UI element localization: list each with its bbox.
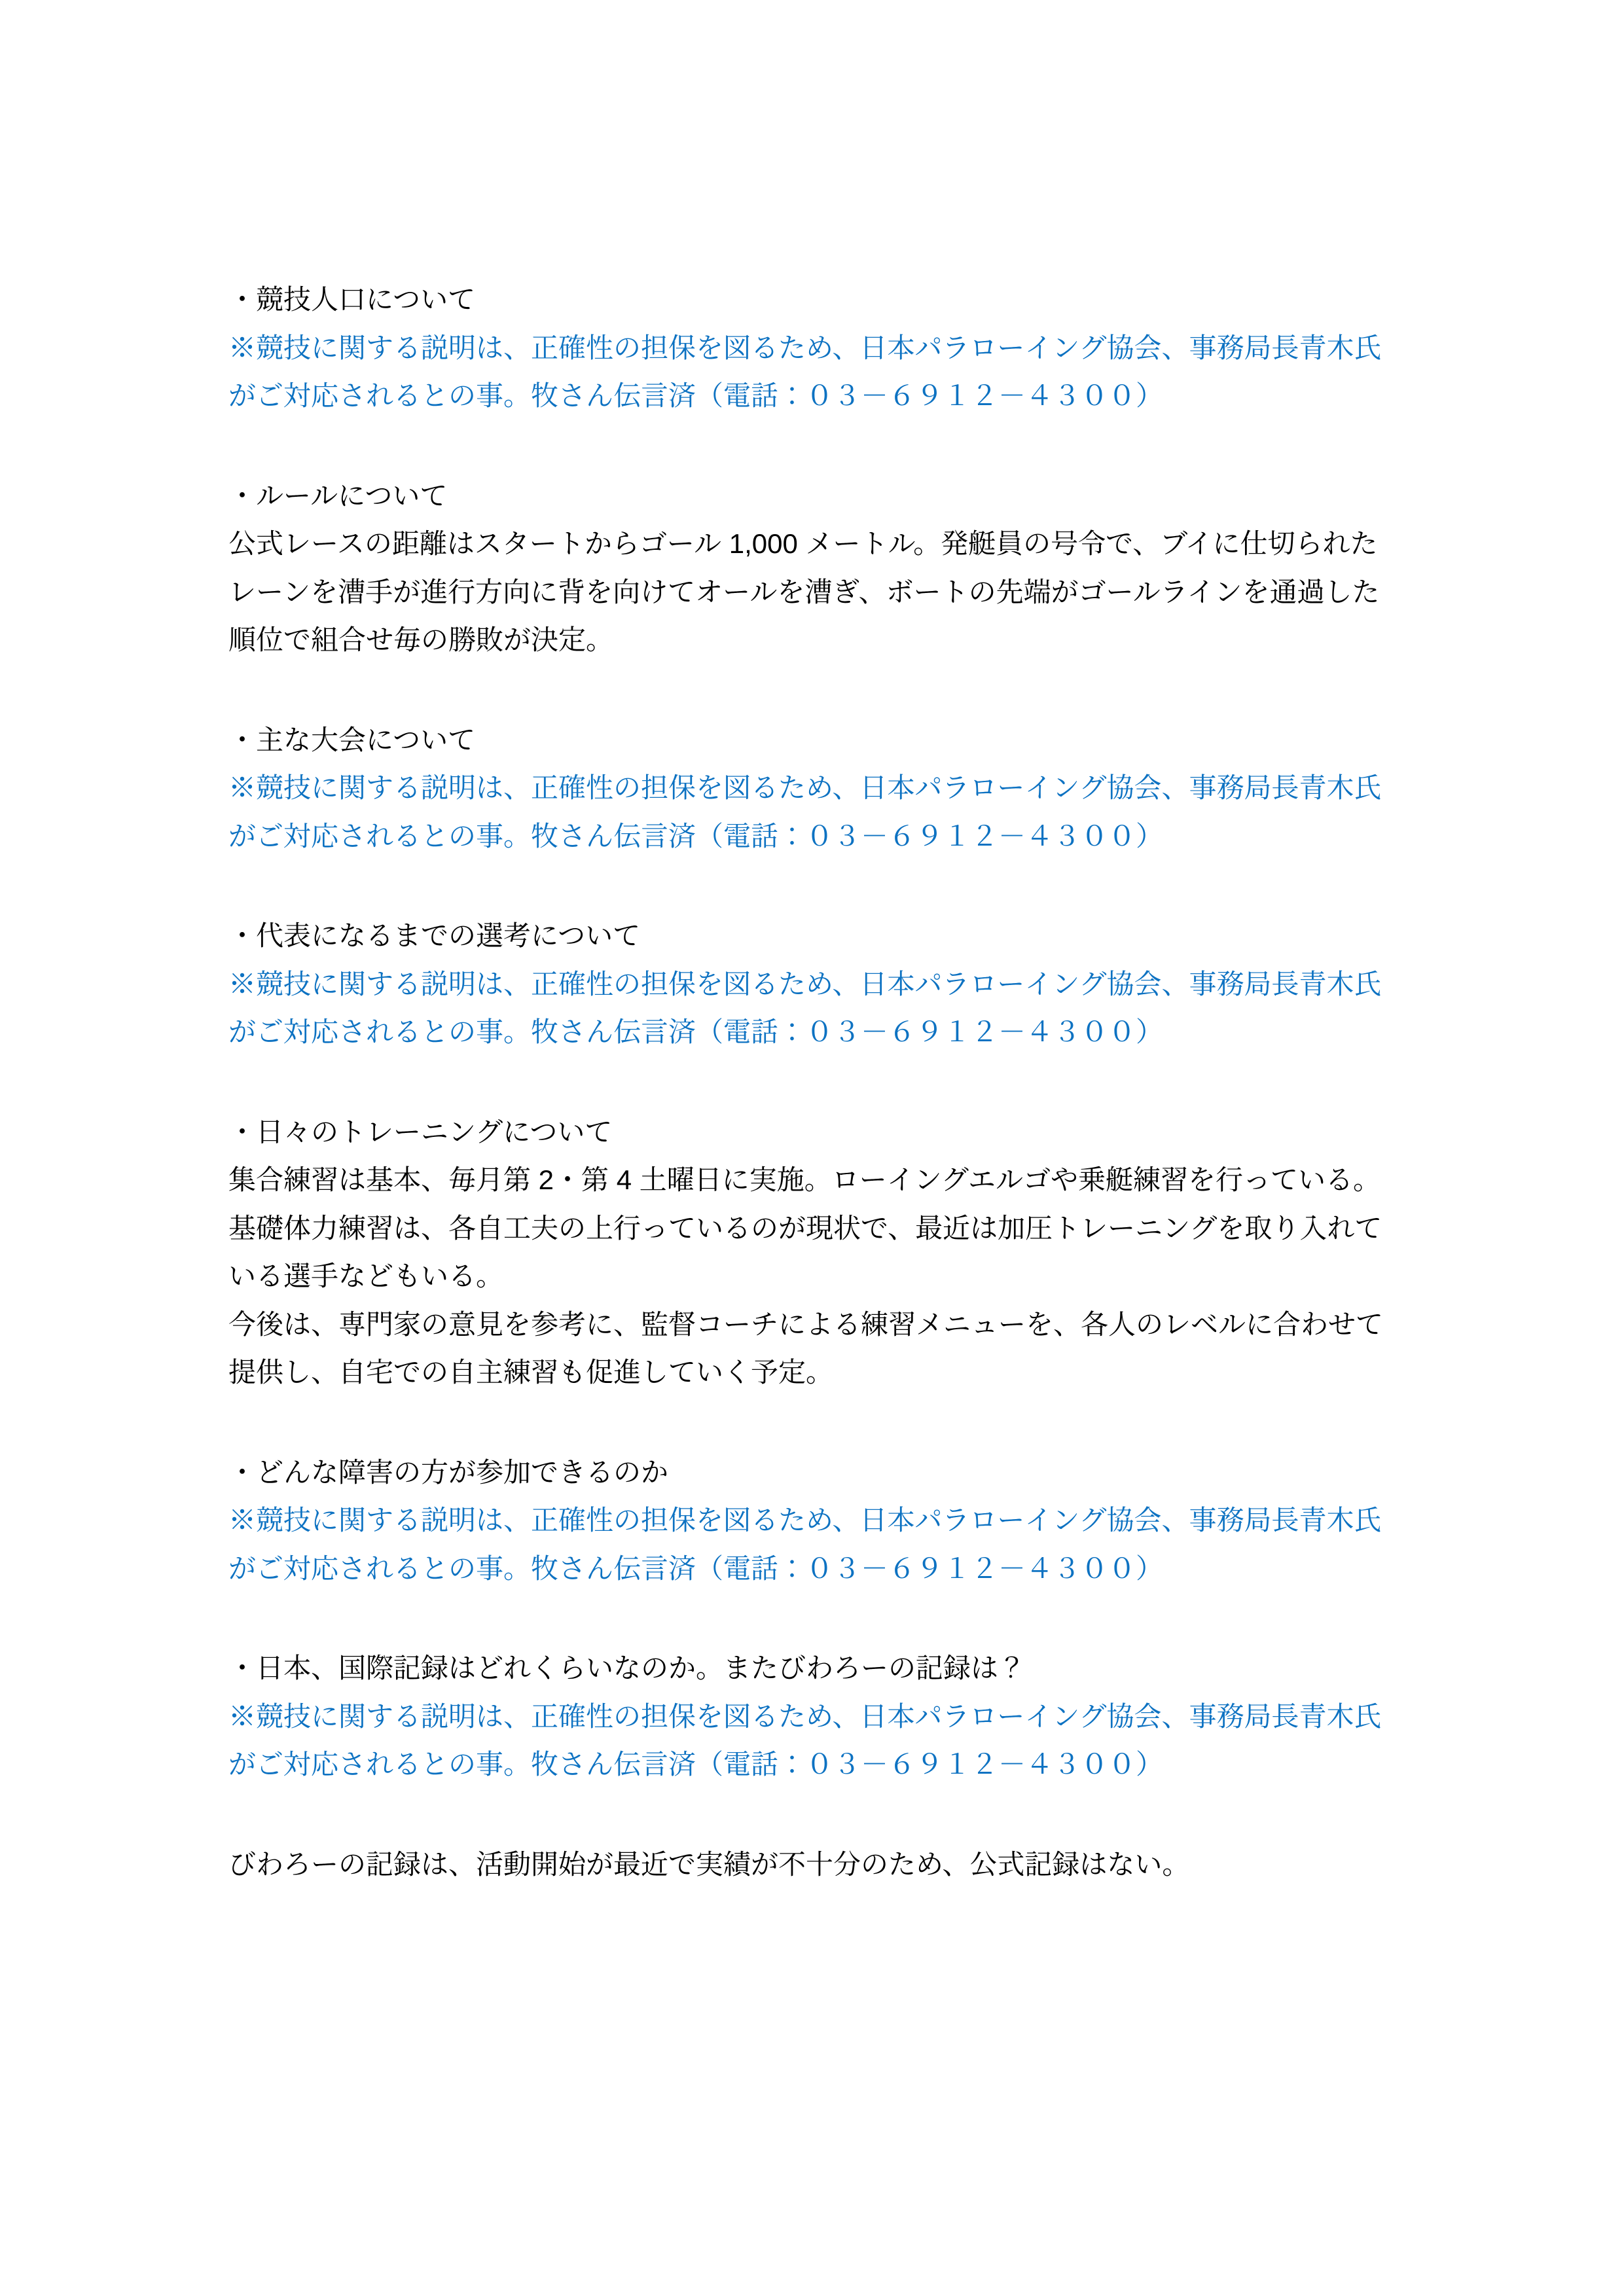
note-line: ※競技に関する説明は、正確性の担保を図るため、日本パラローイング協会、事務局長青…: [228, 324, 1407, 372]
note-line-phone: がご対応されるとの事。牧さん伝言済（電話：０３－６９１２－４３００）: [228, 1545, 1407, 1593]
section-heading: ・競技人口について: [228, 276, 1407, 324]
section-records: ・日本、国際記録はどれくらいなのか。またびわろーの記録は？ ※競技に関する説明は…: [228, 1644, 1407, 1789]
note-line-phone: がご対応されるとの事。牧さん伝言済（電話：０３－６９１２－４３００）: [228, 812, 1407, 861]
closing-paragraph: びわろーの記録は、活動開始が最近で実績が不十分のため、公式記録はない。: [228, 1840, 1407, 1889]
body-line: 基礎体力練習は、各自工夫の上行っているのが現状で、最近は加圧トレーニングを取り入…: [228, 1204, 1407, 1253]
note-line-phone: がご対応されるとの事。牧さん伝言済（電話：０３－６９１２－４３００）: [228, 1008, 1407, 1056]
section-national-team-selection: ・代表になるまでの選考について ※競技に関する説明は、正確性の担保を図るため、日…: [228, 912, 1407, 1056]
body-line: 公式レースの距離はスタートからゴール 1,000 メートル。発艇員の号令で、ブイ…: [228, 520, 1407, 568]
section-heading: ・どんな障害の方が参加できるのか: [228, 1448, 1407, 1497]
section-rules: ・ルールについて 公式レースの距離はスタートからゴール 1,000 メートル。発…: [228, 472, 1407, 664]
note-line-phone: がご対応されるとの事。牧さん伝言済（電話：０３－６９１２－４３００）: [228, 372, 1407, 420]
section-heading: ・代表になるまでの選考について: [228, 912, 1407, 960]
note-line: ※競技に関する説明は、正確性の担保を図るため、日本パラローイング協会、事務局長青…: [228, 960, 1407, 1009]
note-line-phone: がご対応されるとの事。牧さん伝言済（電話：０３－６９１２－４３００）: [228, 1740, 1407, 1789]
section-eligible-disabilities: ・どんな障害の方が参加できるのか ※競技に関する説明は、正確性の担保を図るため、…: [228, 1448, 1407, 1593]
body-line: いる選手などもいる。: [228, 1252, 1407, 1300]
note-line: ※競技に関する説明は、正確性の担保を図るため、日本パラローイング協会、事務局長青…: [228, 1693, 1407, 1741]
section-major-events: ・主な大会について ※競技に関する説明は、正確性の担保を図るため、日本パラローイ…: [228, 716, 1407, 861]
section-competition-population: ・競技人口について ※競技に関する説明は、正確性の担保を図るため、日本パラローイ…: [228, 276, 1407, 420]
body-line: 順位で組合せ毎の勝敗が決定。: [228, 616, 1407, 664]
body-line: レーンを漕手が進行方向に背を向けてオールを漕ぎ、ボートの先端がゴールラインを通過…: [228, 568, 1407, 617]
section-heading: ・日本、国際記録はどれくらいなのか。またびわろーの記録は？: [228, 1644, 1407, 1693]
body-line: びわろーの記録は、活動開始が最近で実績が不十分のため、公式記録はない。: [228, 1840, 1407, 1889]
section-heading: ・日々のトレーニングについて: [228, 1108, 1407, 1157]
body-line: 集合練習は基本、毎月第 2・第 4 土曜日に実施。ローイングエルゴや乗艇練習を行…: [228, 1156, 1407, 1204]
document-page: ・競技人口について ※競技に関する説明は、正確性の担保を図るため、日本パラローイ…: [0, 0, 1624, 2296]
body-line: 今後は、専門家の意見を参考に、監督コーチによる練習メニューを、各人のレベルに合わ…: [228, 1300, 1407, 1349]
note-line: ※競技に関する説明は、正確性の担保を図るため、日本パラローイング協会、事務局長青…: [228, 764, 1407, 812]
body-line: 提供し、自宅での自主練習も促進していく予定。: [228, 1348, 1407, 1397]
section-heading: ・ルールについて: [228, 472, 1407, 520]
document-body: ・競技人口について ※競技に関する説明は、正確性の担保を図るため、日本パラローイ…: [228, 276, 1407, 1888]
note-line: ※競技に関する説明は、正確性の担保を図るため、日本パラローイング協会、事務局長青…: [228, 1496, 1407, 1545]
section-heading: ・主な大会について: [228, 716, 1407, 764]
section-daily-training: ・日々のトレーニングについて 集合練習は基本、毎月第 2・第 4 土曜日に実施。…: [228, 1108, 1407, 1397]
